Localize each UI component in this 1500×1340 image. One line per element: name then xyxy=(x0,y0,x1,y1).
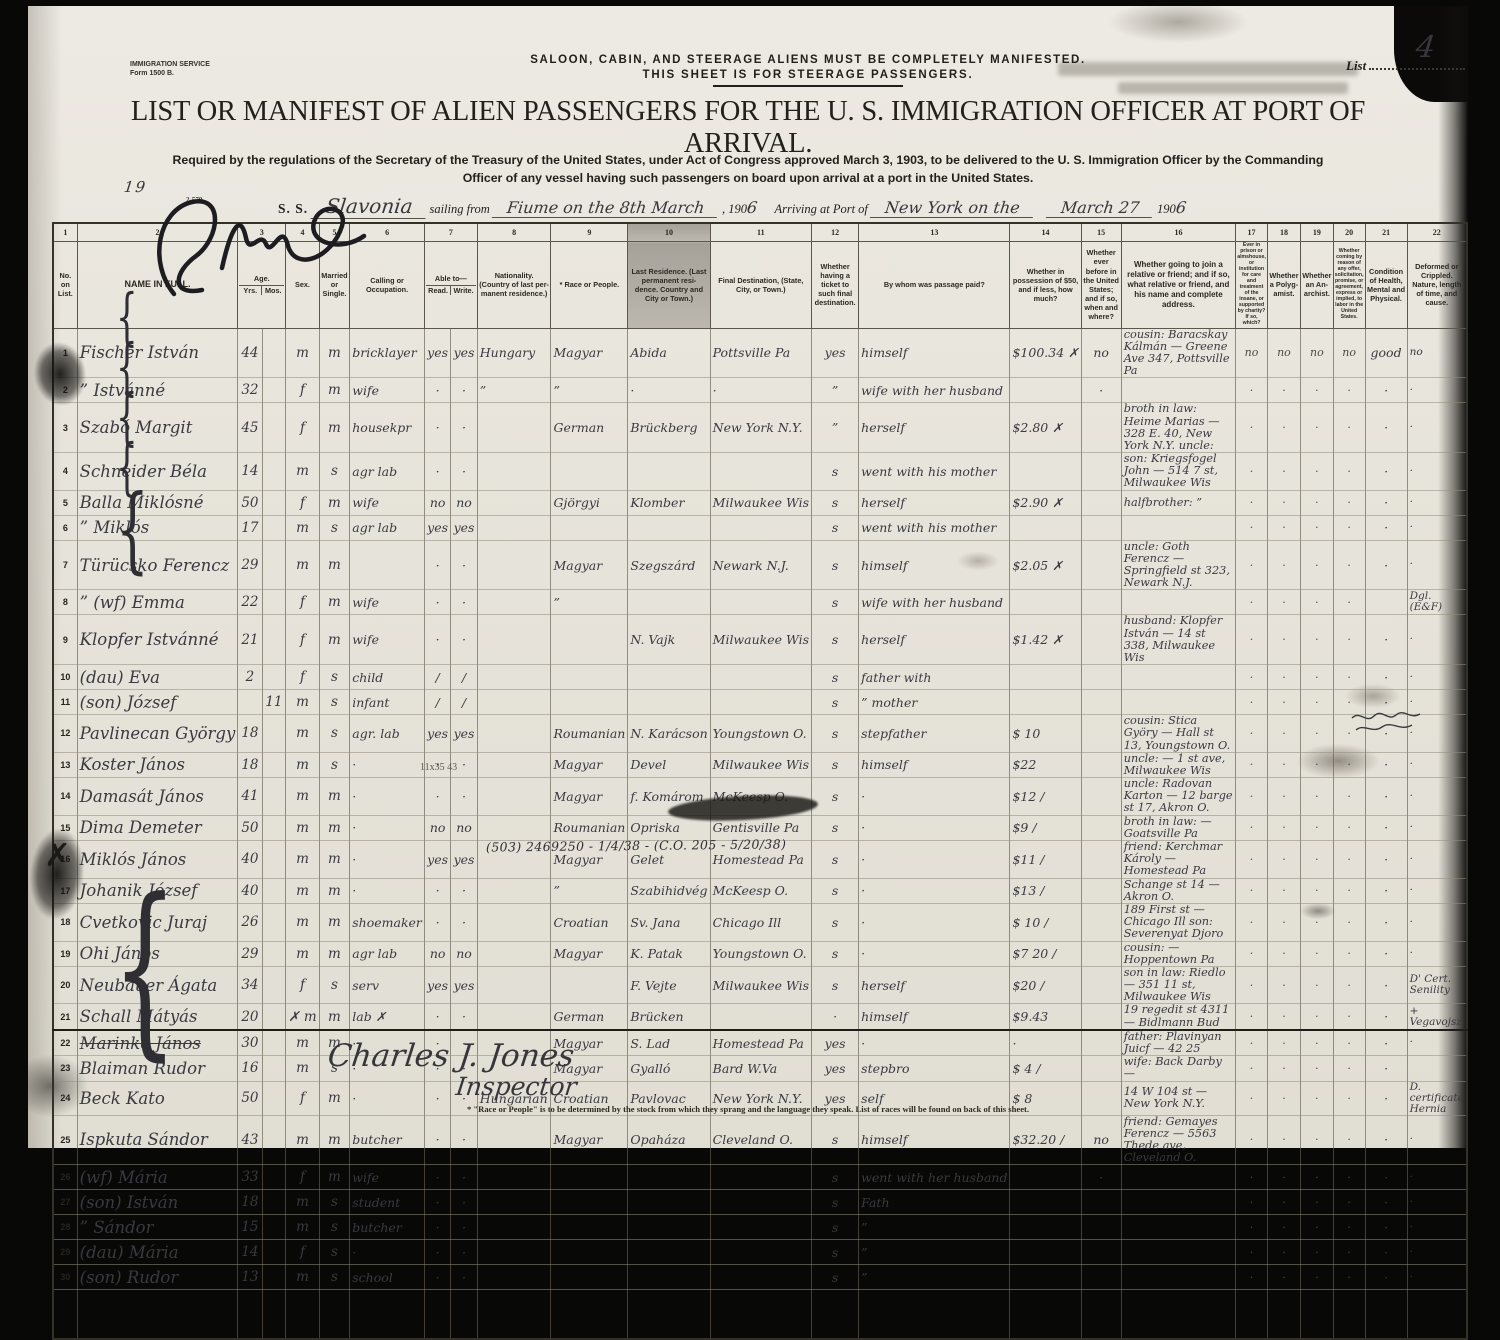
cell-join-relative: son in law: Riedlo — 351 11 st, Milwauke… xyxy=(1121,966,1236,1004)
cell-married-single: m xyxy=(319,778,350,816)
cell-age-yrs: 43 xyxy=(238,1115,262,1165)
cell-prison: · xyxy=(1236,490,1268,515)
margin-stamp-blot xyxy=(30,339,90,410)
cell-polygamist: · xyxy=(1267,515,1300,540)
cell-nationality xyxy=(477,903,551,941)
cell-age-yrs: 44 xyxy=(238,328,262,378)
cell-health: good xyxy=(1365,328,1407,378)
cell-name: ” Miklós xyxy=(77,515,238,540)
cell-write: no xyxy=(451,941,477,966)
cell-married-single: m xyxy=(319,941,350,966)
cell-race: Magyar xyxy=(551,328,628,378)
cell-deformed: · xyxy=(1407,778,1467,816)
cell-write: no xyxy=(451,490,477,515)
cell-read: no xyxy=(424,941,450,966)
cell-ticket: ” xyxy=(812,403,859,453)
cell-row-number: 6 xyxy=(53,515,77,540)
steerage-warning: SALOON, CABIN, AND STEERAGE ALIENS MUST … xyxy=(428,54,1188,87)
cell-health: · xyxy=(1365,515,1407,540)
cell-before-in-us xyxy=(1081,1004,1121,1030)
cell-race: German xyxy=(551,1004,628,1030)
cell-destination: Newark N.J. xyxy=(710,540,811,590)
cell-sex: f xyxy=(286,966,319,1004)
cell-health: · xyxy=(1365,778,1407,816)
cell-race: Magyar xyxy=(551,752,628,777)
cell-before-in-us xyxy=(1081,590,1121,615)
passenger-row: 5 Balla Miklósné 50 f m wife no no Gjörg… xyxy=(53,490,1467,515)
cell-health: · xyxy=(1365,815,1407,840)
cell-age-mos xyxy=(262,715,286,753)
cell-prison: · xyxy=(1236,715,1268,753)
cell-deformed: · xyxy=(1407,665,1467,690)
cell-prison: · xyxy=(1236,453,1268,491)
later-annotation-row23: (503) 2469250 - 1/4/38 - (C.O. 205 - 5/2… xyxy=(486,836,787,854)
cell-last-residence xyxy=(628,1165,710,1180)
header-money: Whether in possession of $50, and if les… xyxy=(1010,242,1081,329)
cell-polygamist: no xyxy=(1267,328,1300,378)
cell-age-yrs: 14 xyxy=(238,453,262,491)
cell-last-residence: K. Patak xyxy=(628,941,710,966)
cell-join-relative: uncle: Radovan Karton — 12 barge st 17, … xyxy=(1121,778,1236,816)
column-number: 14 xyxy=(1010,223,1081,242)
cell-married-single: m xyxy=(319,378,350,403)
cell-read: yes xyxy=(424,841,450,879)
cell-destination: Youngstown O. xyxy=(710,941,811,966)
cell-prison: · xyxy=(1236,540,1268,590)
cell-health: · xyxy=(1365,966,1407,1004)
form-id: IMMIGRATION SERVICE Form 1500 B. xyxy=(130,60,210,78)
cell-money: $20 / xyxy=(1010,966,1081,1004)
cell-row-number: 23 xyxy=(53,1056,77,1081)
cell-write: · xyxy=(451,903,477,941)
family-brace: { xyxy=(112,894,178,1044)
cell-write: · xyxy=(451,453,477,491)
cell-ticket: s xyxy=(812,878,859,903)
cell-age-mos xyxy=(262,1115,286,1165)
cell-age-mos xyxy=(262,841,286,879)
passenger-row: 3 Szabó Margit 45 f m housekpr · · Germa… xyxy=(53,403,1467,453)
cell-last-residence: Klomber xyxy=(628,490,710,515)
cell-prison: · xyxy=(1236,378,1268,403)
cell-race: ” xyxy=(551,378,628,403)
cell-last-residence: Abida xyxy=(628,328,710,378)
cell-prison: · xyxy=(1236,1165,1268,1180)
cell-anarchist: · xyxy=(1301,878,1334,903)
cell-read: · xyxy=(424,1004,450,1030)
header-no-on-list: No. on List. xyxy=(53,242,77,329)
cell-sex: m xyxy=(286,1056,319,1081)
cell-last-residence: Szabihidvég xyxy=(628,878,710,903)
cell-sex: m xyxy=(286,903,319,941)
cell-prison: · xyxy=(1236,815,1268,840)
passenger-row: 8 ” (wf) Emma 22 f m wife · · ” s wife w… xyxy=(53,590,1467,615)
cell-before-in-us: · xyxy=(1081,378,1121,403)
family-brace: { xyxy=(116,492,149,567)
cell-age-yrs: 50 xyxy=(238,815,262,840)
cell-age-yrs: 40 xyxy=(238,841,262,879)
cell-passage-paid: herself xyxy=(859,966,1010,1004)
cell-deformed: · xyxy=(1407,941,1467,966)
cell-sex: m xyxy=(286,690,319,715)
cell-deformed: · xyxy=(1407,878,1467,903)
cell-age-mos xyxy=(262,903,286,941)
cell-write: yes xyxy=(451,715,477,753)
cell-polygamist: · xyxy=(1267,1165,1300,1180)
cell-age-mos xyxy=(262,490,286,515)
cell-deformed: · xyxy=(1407,540,1467,590)
cell-destination: Homestead Pa xyxy=(710,1030,811,1056)
passenger-row: 20 Neubauer Ágata 34 f s serv yes yes F.… xyxy=(53,966,1467,1004)
cell-contract-labor: · xyxy=(1333,1115,1365,1165)
cell-prison: · xyxy=(1236,1115,1268,1165)
cell-polygamist: · xyxy=(1267,1056,1300,1081)
cell-join-relative: cousin: Stica Györy — Hall st 13, Youngs… xyxy=(1121,715,1236,753)
cell-age-mos xyxy=(262,815,286,840)
cell-row-number: 25 xyxy=(53,1115,77,1165)
cell-money: $11 / xyxy=(1010,841,1081,879)
cell-ticket: s xyxy=(812,903,859,941)
cell-polygamist: · xyxy=(1267,590,1300,615)
cell-prison: · xyxy=(1236,778,1268,816)
steerage-warning-line2: THIS SHEET IS FOR STEERAGE PASSENGERS. xyxy=(428,69,1188,81)
cell-money: $ 10 / xyxy=(1010,903,1081,941)
cell-contract-labor: · xyxy=(1333,615,1365,665)
cell-read: · xyxy=(424,378,450,403)
cell-race: Gjörgyi xyxy=(551,490,628,515)
cell-age-mos xyxy=(262,941,286,966)
cell-prison: · xyxy=(1236,878,1268,903)
column-number: 13 xyxy=(859,223,1010,242)
column-number: 12 xyxy=(812,223,859,242)
cell-married-single: m xyxy=(319,903,350,941)
cell-ticket: · xyxy=(812,1004,859,1030)
cell-anarchist: · xyxy=(1301,378,1334,403)
cell-before-in-us xyxy=(1081,490,1121,515)
column-number: 17 xyxy=(1236,223,1268,242)
column-number: 7 xyxy=(424,223,477,242)
cell-deformed: · xyxy=(1407,1165,1467,1180)
cell-before-in-us xyxy=(1081,815,1121,840)
cell-married-single: s xyxy=(319,515,350,540)
cell-write: · xyxy=(451,403,477,453)
cell-occupation: housekpr xyxy=(350,403,425,453)
cell-prison: · xyxy=(1236,665,1268,690)
cell-before-in-us xyxy=(1081,540,1121,590)
cell-age-yrs: 21 xyxy=(238,615,262,665)
cell-money xyxy=(1010,1165,1081,1180)
inspector-signature: Charles J. Jones xyxy=(326,1038,576,1074)
cell-read: · xyxy=(424,615,450,665)
cell-age-mos xyxy=(262,378,286,403)
cell-polygamist: · xyxy=(1267,715,1300,753)
cell-race xyxy=(551,615,628,665)
cell-age-mos xyxy=(262,1030,286,1056)
cell-nationality xyxy=(477,540,551,590)
cell-sex: m xyxy=(286,715,319,753)
cell-polygamist: · xyxy=(1267,1004,1300,1030)
cell-anarchist: · xyxy=(1301,1115,1334,1165)
cell-nationality xyxy=(477,752,551,777)
column-number: 21 xyxy=(1365,223,1407,242)
passenger-row: 9 Klopfer Istvánné 21 f m wife · · N. Va… xyxy=(53,615,1467,665)
passenger-row: 10 (dau) Eva 2 f s child / / s father wi… xyxy=(53,665,1467,690)
cell-read: · xyxy=(424,403,450,453)
cell-polygamist: · xyxy=(1267,752,1300,777)
cell-last-residence: N. Karácson xyxy=(628,715,710,753)
cell-name: (wf) Mária xyxy=(77,1165,238,1180)
cell-ticket: s xyxy=(812,515,859,540)
cell-join-relative xyxy=(1121,690,1236,715)
cell-before-in-us xyxy=(1081,453,1121,491)
column-number: 9 xyxy=(551,223,628,242)
cell-passage-paid: stepbro xyxy=(859,1056,1010,1081)
cell-deformed: · xyxy=(1407,841,1467,879)
cell-destination: Youngstown O. xyxy=(710,715,811,753)
cell-contract-labor: · xyxy=(1333,1056,1365,1081)
header-health: Condition of Health, Mental and Physical… xyxy=(1365,242,1407,329)
cell-nationality xyxy=(477,878,551,903)
cell-occupation: agr lab xyxy=(350,941,425,966)
cell-ticket: yes xyxy=(812,1056,859,1081)
cell-write: · xyxy=(451,778,477,816)
form-id-line2: Form 1500 B. xyxy=(130,69,210,78)
cell-row-number: 26 xyxy=(53,1165,77,1180)
cell-write: · xyxy=(451,878,477,903)
cell-polygamist: · xyxy=(1267,453,1300,491)
cell-health: · xyxy=(1365,1115,1407,1165)
header-last-residence: Last Residence. (Last permanent resi- de… xyxy=(628,242,710,329)
cell-passage-paid: himself xyxy=(859,1004,1010,1030)
cell-occupation: lab ✗ xyxy=(350,1004,425,1030)
warning-underline xyxy=(713,85,903,87)
cell-age-yrs: 30 xyxy=(238,1030,262,1056)
cell-last-residence: Sv. Jana xyxy=(628,903,710,941)
manifest-table: 1 2 3 4 5 6 7 8 9 10 11 12 13 14 15 16 1… xyxy=(52,222,1468,1180)
passenger-row: 12 Pavlinecan György 18 m s agr. lab yes… xyxy=(53,715,1467,753)
cell-married-single: m xyxy=(319,841,350,879)
cell-occupation: butcher xyxy=(350,1115,425,1165)
cell-write: yes xyxy=(451,966,477,1004)
cell-write: · xyxy=(451,540,477,590)
cell-nationality xyxy=(477,1004,551,1030)
cell-sex: m xyxy=(286,815,319,840)
cell-health: · xyxy=(1365,665,1407,690)
cell-passage-paid: wife with her husband xyxy=(859,590,1010,615)
cell-age-mos xyxy=(262,453,286,491)
cell-before-in-us xyxy=(1081,941,1121,966)
cell-destination: Chicago Ill xyxy=(710,903,811,941)
cell-prison: · xyxy=(1236,941,1268,966)
cell-polygamist: · xyxy=(1267,1115,1300,1165)
cell-deformed: · xyxy=(1407,1030,1467,1056)
cell-occupation: agr lab xyxy=(350,515,425,540)
cell-occupation xyxy=(350,540,425,590)
cell-row-number: 9 xyxy=(53,615,77,665)
cell-passage-paid: · xyxy=(859,841,1010,879)
cell-prison: · xyxy=(1236,1030,1268,1056)
arrival-port: New York on the xyxy=(870,198,1035,218)
cell-age-mos xyxy=(262,752,286,777)
header-join-relative: Whether going to join a relative or frie… xyxy=(1121,242,1236,329)
cell-read: no xyxy=(424,490,450,515)
cell-race xyxy=(551,1165,628,1180)
cell-polygamist: · xyxy=(1267,966,1300,1004)
cell-health: · xyxy=(1365,453,1407,491)
cell-join-relative: halfbrother: ” xyxy=(1121,490,1236,515)
column-number: 16 xyxy=(1121,223,1236,242)
cell-passage-paid: went with his mother xyxy=(859,515,1010,540)
cell-anarchist: · xyxy=(1301,815,1334,840)
cell-row-number: 12 xyxy=(53,715,77,753)
cell-prison: no xyxy=(1236,328,1268,378)
cell-race: German xyxy=(551,403,628,453)
cell-contract-labor: · xyxy=(1333,966,1365,1004)
cell-age-yrs: 50 xyxy=(238,490,262,515)
cell-write: · xyxy=(451,378,477,403)
passenger-row: 7 Türücsko Ferencz 29 m m · · Magyar Sze… xyxy=(53,540,1467,590)
cell-read: · xyxy=(424,540,450,590)
cell-name: Damasát János xyxy=(77,778,238,816)
cell-sex: f xyxy=(286,403,319,453)
cell-row-number: 8 xyxy=(53,590,77,615)
cell-deformed: · xyxy=(1407,453,1467,491)
cell-ticket: s xyxy=(812,690,859,715)
cell-name: Pavlinecan György xyxy=(77,715,238,753)
cell-sex: m xyxy=(286,328,319,378)
cell-name: ” Istvánné xyxy=(77,378,238,403)
column-number: 10 xyxy=(628,223,710,242)
passenger-row: 13 Koster János 18 m s · · · Magyar Deve… xyxy=(53,752,1467,777)
cell-money: $ 10 xyxy=(1010,715,1081,753)
cell-destination xyxy=(710,690,811,715)
cell-read: yes xyxy=(424,966,450,1004)
cell-write: · xyxy=(451,590,477,615)
cell-nationality xyxy=(477,665,551,690)
cell-age-mos xyxy=(262,590,286,615)
passenger-row: 11 (son) József 11 m s infant / / s ” mo… xyxy=(53,690,1467,715)
header-passage-paid: By whom was passage paid? xyxy=(859,242,1010,329)
cell-contract-labor: · xyxy=(1333,778,1365,816)
cell-nationality xyxy=(477,778,551,816)
cell-anarchist: · xyxy=(1301,966,1334,1004)
cell-passage-paid: herself xyxy=(859,615,1010,665)
cell-prison: · xyxy=(1236,1004,1268,1030)
cell-money: $22 xyxy=(1010,752,1081,777)
cell-age-yrs: 16 xyxy=(238,1056,262,1081)
cell-row-number: 3 xyxy=(53,403,77,453)
cell-married-single: m xyxy=(319,403,350,453)
cell-health: · xyxy=(1365,841,1407,879)
cell-polygamist: · xyxy=(1267,778,1300,816)
cell-last-residence xyxy=(628,453,710,491)
cell-ticket: s xyxy=(812,1165,859,1180)
cell-anarchist: no xyxy=(1301,328,1334,378)
cell-destination xyxy=(710,1165,811,1180)
cell-sex: m xyxy=(286,841,319,879)
cell-health: · xyxy=(1365,540,1407,590)
cell-occupation: agr. lab xyxy=(350,715,425,753)
cell-before-in-us: no xyxy=(1081,328,1121,378)
cell-age-yrs: 2 xyxy=(238,665,262,690)
cell-sex: m xyxy=(286,540,319,590)
cell-join-relative: broth in law: — Goatsville Pa xyxy=(1121,815,1236,840)
clerk-initials-flourish xyxy=(136,192,386,302)
cell-row-number: 4 xyxy=(53,453,77,491)
cell-before-in-us xyxy=(1081,690,1121,715)
margin-x-mark: ✗ xyxy=(44,836,71,874)
cell-destination: · xyxy=(710,378,811,403)
cell-contract-labor: · xyxy=(1333,878,1365,903)
cell-money xyxy=(1010,690,1081,715)
cell-age-yrs: 17 xyxy=(238,515,262,540)
cell-money xyxy=(1010,665,1081,690)
cell-last-residence: Brückberg xyxy=(628,403,710,453)
cell-money: $32.20 / xyxy=(1010,1115,1081,1165)
cell-join-relative xyxy=(1121,378,1236,403)
cell-age-yrs: 45 xyxy=(238,403,262,453)
cell-age-mos xyxy=(262,665,286,690)
cell-health: · xyxy=(1365,878,1407,903)
passenger-row: 1 Fischer István 44 m m bricklayer yes y… xyxy=(53,328,1467,378)
cell-deformed: · xyxy=(1407,1115,1467,1165)
arriving-label: Arriving at Port of xyxy=(775,202,868,216)
cell-anarchist: · xyxy=(1301,490,1334,515)
cell-last-residence xyxy=(628,590,710,615)
cell-destination: Milwaukee Wis xyxy=(710,615,811,665)
cell-health: · xyxy=(1365,1056,1407,1081)
cell-deformed: · xyxy=(1407,903,1467,941)
cell-race: Croatian xyxy=(551,903,628,941)
cell-name: Türücsko Ferencz xyxy=(77,540,238,590)
cell-anarchist: · xyxy=(1301,453,1334,491)
cell-prison: · xyxy=(1236,515,1268,540)
form-id-line1: IMMIGRATION SERVICE xyxy=(130,60,210,69)
cell-deformed xyxy=(1407,1056,1467,1081)
cell-polygamist: · xyxy=(1267,690,1300,715)
cell-passage-paid: · xyxy=(859,815,1010,840)
header-polygamist: Whether a Polyg- amist. xyxy=(1267,242,1300,329)
cell-race xyxy=(551,690,628,715)
passenger-rows: 1 Fischer István 44 m m bricklayer yes y… xyxy=(53,328,1467,1180)
cell-sex: m xyxy=(286,778,319,816)
cell-age-mos xyxy=(262,1056,286,1081)
cell-health xyxy=(1365,590,1407,615)
column-number: 1 xyxy=(53,223,77,242)
cell-ticket: s xyxy=(812,453,859,491)
cell-married-single: m xyxy=(319,815,350,840)
cell-nationality xyxy=(477,515,551,540)
cell-prison: · xyxy=(1236,903,1268,941)
cell-ticket: s xyxy=(812,590,859,615)
cell-nationality: Hungary xyxy=(477,328,551,378)
cell-before-in-us xyxy=(1081,1030,1121,1056)
cell-contract-labor: · xyxy=(1333,590,1365,615)
cell-passage-paid: · xyxy=(859,903,1010,941)
cell-polygamist: · xyxy=(1267,1030,1300,1056)
cell-passage-paid: himself xyxy=(859,752,1010,777)
header-before-in-us: Whether ever before in the United States… xyxy=(1081,242,1121,329)
required-paragraph: Required by the regulations of the Secre… xyxy=(98,152,1398,188)
cell-passage-paid: herself xyxy=(859,490,1010,515)
arrival-year-label: 190 xyxy=(1157,202,1176,216)
cell-occupation: wife xyxy=(350,378,425,403)
cell-contract-labor: · xyxy=(1333,378,1365,403)
passenger-row: 2 ” Istvánné 32 f m wife · · ” ” · · ” w… xyxy=(53,378,1467,403)
header-ticket: Whether having a ticket to such final de… xyxy=(812,242,859,329)
cell-age-mos xyxy=(262,540,286,590)
header-deformed: Deformed or Crippled. Nature, length of … xyxy=(1407,242,1467,329)
cell-ticket: s xyxy=(812,815,859,840)
